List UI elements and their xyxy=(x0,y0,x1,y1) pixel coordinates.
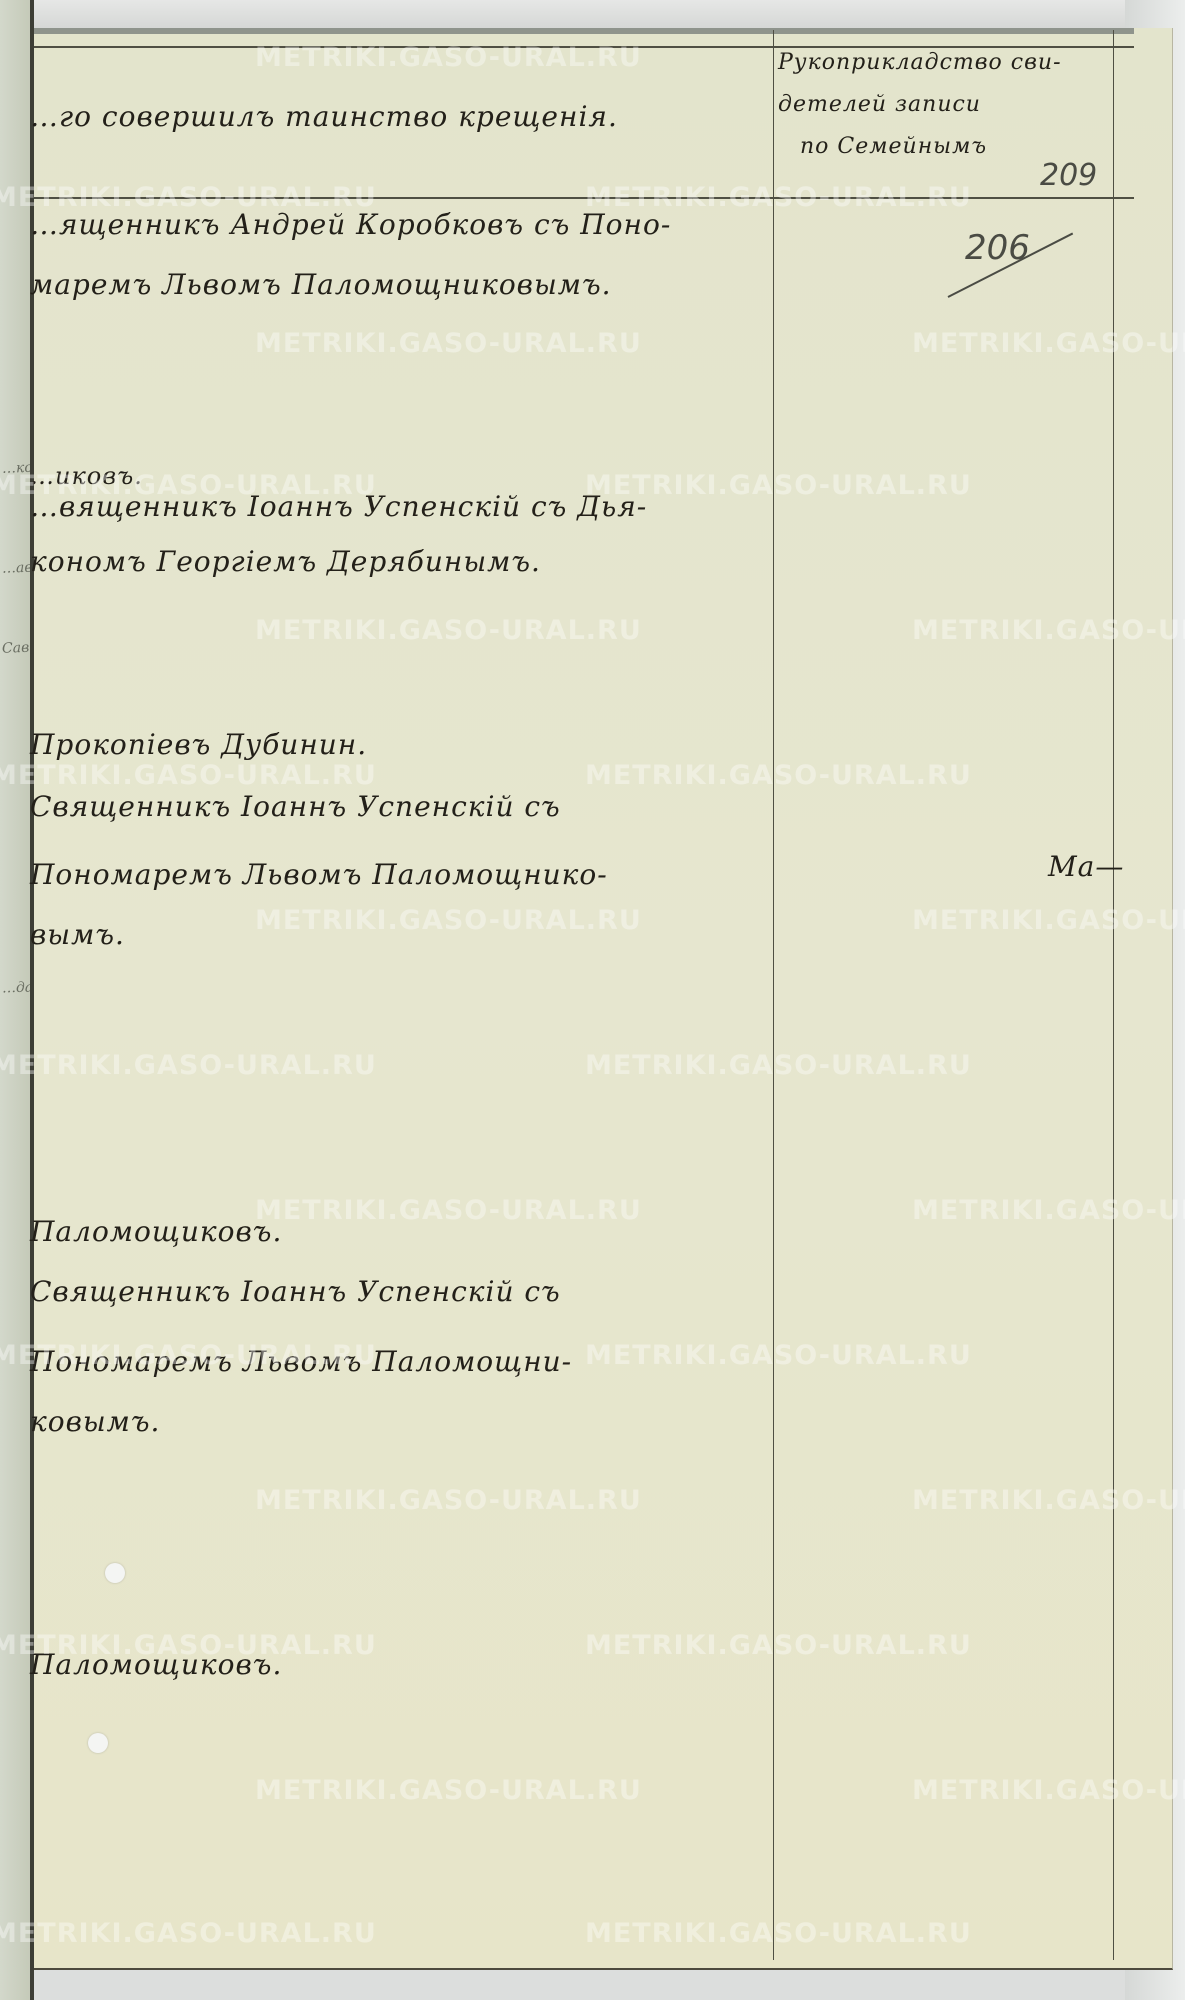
page-top-edge-shadow xyxy=(34,28,1134,34)
punch-hole xyxy=(105,1563,125,1583)
entry-3-line-3: вымъ. xyxy=(30,918,125,951)
watermark: METRIKI.GASO-URAL.RU xyxy=(585,760,972,791)
watermark: METRIKI.GASO-URAL.RU xyxy=(0,760,377,791)
watermark: METRIKI.GASO-URAL.RU xyxy=(585,1050,972,1081)
watermark: METRIKI.GASO-URAL.RU xyxy=(585,1340,972,1371)
watermark: METRIKI.GASO-URAL.RU xyxy=(0,1918,377,1949)
watermark: METRIKI.GASO-URAL.RU xyxy=(585,470,972,501)
watermark: METRIKI.GASO-URAL.RU xyxy=(255,1775,642,1806)
punch-hole xyxy=(88,1733,108,1753)
entry-1-line-2: маремъ Львомъ Паломощниковымъ. xyxy=(30,268,612,301)
watermark: METRIKI.GASO-URAL.RU xyxy=(0,470,377,501)
entry-3-line-1: Священникъ Іоаннъ Успенскій съ xyxy=(30,790,561,823)
watermark: METRIKI.GASO-URAL.RU xyxy=(912,905,1185,936)
right-margin-mark: Ма— xyxy=(1048,850,1124,883)
watermark: METRIKI.GASO-URAL.RU xyxy=(0,1050,377,1081)
right-margin-rule xyxy=(1113,30,1114,1960)
header-right-text-line2: детелей записи xyxy=(778,92,981,117)
watermark: METRIKI.GASO-URAL.RU xyxy=(255,1485,642,1516)
entry-3-line-2: Пономаремъ Львомъ Паломощнико- xyxy=(30,858,608,891)
watermark: METRIKI.GASO-URAL.RU xyxy=(912,1775,1185,1806)
watermark: METRIKI.GASO-URAL.RU xyxy=(585,1918,972,1949)
watermark: METRIKI.GASO-URAL.RU xyxy=(912,328,1185,359)
entry-3-line-0: Прокопіевъ Дубинин. xyxy=(30,728,367,761)
entry-4-line-1: Священникъ Іоаннъ Успенскій съ xyxy=(30,1275,561,1308)
watermark: METRIKI.GASO-URAL.RU xyxy=(0,1630,377,1661)
entry-2-line-2: кономъ Георгіемъ Дерябинымъ. xyxy=(30,545,541,578)
left-margin-note: …да xyxy=(2,979,34,996)
watermark: METRIKI.GASO-URAL.RU xyxy=(585,182,972,213)
watermark: METRIKI.GASO-URAL.RU xyxy=(912,1195,1185,1226)
watermark: METRIKI.GASO-URAL.RU xyxy=(255,615,642,646)
watermark: METRIKI.GASO-URAL.RU xyxy=(255,905,642,936)
watermark: METRIKI.GASO-URAL.RU xyxy=(912,615,1185,646)
adjacent-page-edge xyxy=(0,0,34,2000)
watermark: METRIKI.GASO-URAL.RU xyxy=(0,1340,377,1371)
watermark: METRIKI.GASO-URAL.RU xyxy=(255,42,642,73)
entry-4-line-3: ковымъ. xyxy=(30,1405,160,1438)
header-left-text: …го совершилъ таинство крещенія. xyxy=(30,100,618,133)
watermark: METRIKI.GASO-URAL.RU xyxy=(585,1630,972,1661)
page-number: 209 xyxy=(1040,158,1097,193)
struck-page-number: 206 xyxy=(965,228,1030,268)
watermark: METRIKI.GASO-URAL.RU xyxy=(255,328,642,359)
watermark: METRIKI.GASO-URAL.RU xyxy=(255,1195,642,1226)
entry-4-line-0: Паломощиковъ. xyxy=(30,1215,282,1248)
watermark: METRIKI.GASO-URAL.RU xyxy=(0,182,377,213)
header-right-text-line3: по Семейнымъ xyxy=(800,134,987,159)
column-divider xyxy=(773,30,774,1960)
header-right-text-line1: Рукоприкладство сви- xyxy=(778,50,1062,75)
watermark: METRIKI.GASO-URAL.RU xyxy=(912,1485,1185,1516)
